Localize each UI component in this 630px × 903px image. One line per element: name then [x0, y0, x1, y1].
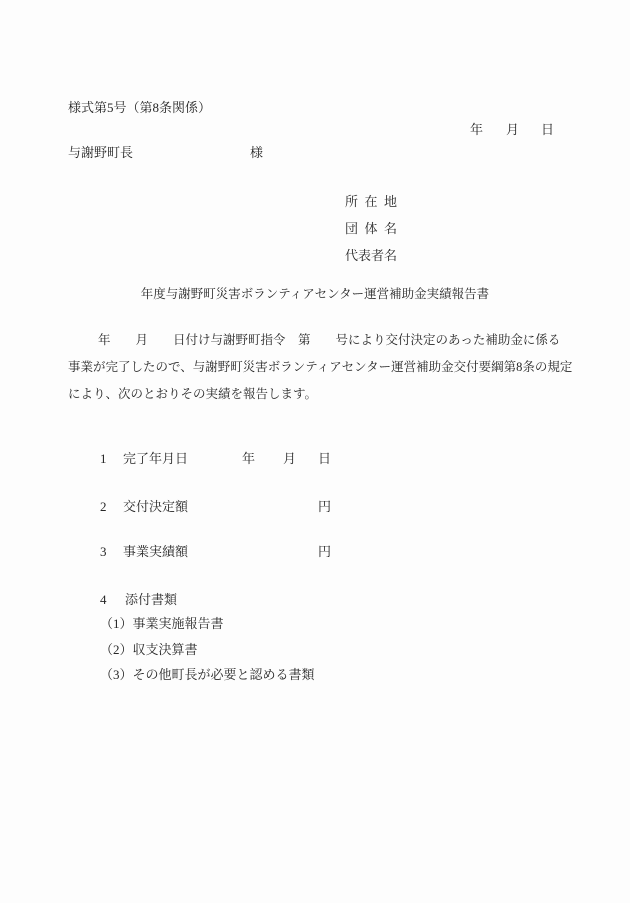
document-page: 様式第5号（第8条関係） 年 月 日 与謝野町長 様 所在地 団体名 代表者名 … [0, 0, 630, 903]
attachment-item-3: （3）その他町長が必要と認める書類 [100, 667, 315, 683]
issue-date-month-label: 月 [506, 122, 519, 138]
attachment-item-1: （1）事業実施報告書 [100, 616, 224, 632]
item-4-number: 4 [100, 592, 107, 608]
issue-date-year-label: 年 [470, 122, 483, 138]
form-number: 様式第5号（第8条関係） [68, 100, 211, 116]
item-3-unit-label: 円 [318, 544, 331, 560]
item-3-number: 3 [100, 544, 107, 560]
document-title: 年度与謝野町災害ボランティアセンター運営補助金実績報告書 [0, 287, 630, 303]
item-2-number: 2 [100, 499, 107, 515]
body-line-3: により、次のとおりその実績を報告します。 [68, 387, 317, 403]
body-line-1: 年 月 日付け与謝野町指令 第 号により交付決定のあった補助金に係る [68, 333, 560, 349]
sender-address-label: 所在地 [345, 194, 404, 210]
body-line-2: 事業が完了したので、与謝野町災害ボランティアセンター運営補助金交付要綱第8条の規… [68, 360, 572, 376]
issue-date-day-label: 日 [541, 122, 554, 138]
item-2-label: 交付決定額 [123, 499, 188, 515]
attachment-item-2: （2）収支決算書 [100, 642, 198, 658]
sender-organization-label: 団体名 [345, 221, 404, 237]
item-1-number: 1 [100, 451, 107, 467]
item-1-year-label: 年 [242, 451, 255, 467]
item-1-month-label: 月 [283, 451, 296, 467]
sender-representative-label: 代表者名 [345, 248, 397, 264]
item-4-label: 添付書類 [125, 592, 177, 608]
addressee-honorific: 様 [250, 145, 263, 161]
item-1-label: 完了年月日 [123, 451, 188, 467]
addressee-name: 与謝野町長 [68, 145, 133, 161]
item-1-day-label: 日 [318, 451, 331, 467]
item-2-unit-label: 円 [318, 499, 331, 515]
item-3-label: 事業実績額 [123, 544, 188, 560]
